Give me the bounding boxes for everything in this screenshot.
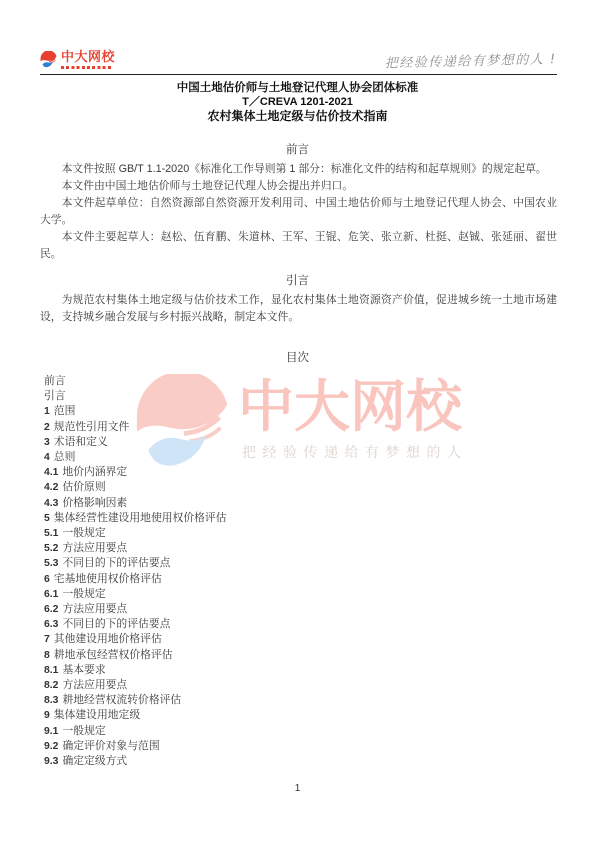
toc-entry-label: 一般规定: [62, 588, 105, 600]
toc-entry-label: 方法应用要点: [62, 542, 127, 554]
toc-entry-label: 估价原则: [62, 481, 105, 493]
toc-entry-number: 4.1: [44, 467, 58, 478]
toc-entry-label: 引言: [44, 390, 66, 402]
toc-entry-number: 5.3: [44, 558, 58, 569]
toc-entry-label: 一般规定: [62, 527, 105, 539]
toc-entry: 6.2方法应用要点: [44, 602, 557, 617]
toc-entry-label: 其他建设用地价格评估: [54, 633, 162, 645]
toc-entry: 7其他建设用地价格评估: [44, 632, 557, 647]
toc-entry: 6宅基地使用权价格评估: [44, 572, 557, 587]
toc-entry-label: 确定评价对象与范围: [62, 740, 159, 752]
toc-entry-number: 4.2: [44, 482, 58, 493]
introduction-heading: 引言: [0, 275, 595, 288]
page-number: 1: [0, 783, 595, 794]
title-block: 中国土地估价师与土地登记代理人协会团体标准 T／CREVA 1201-2021 …: [0, 81, 595, 124]
toc-entry: 5集体经营性建设用地使用权价格评估: [44, 511, 557, 526]
toc-entry-number: 5: [44, 513, 50, 524]
foreword-paragraphs: 本文件按照 GB/T 1.1-2020《标准化工作导则第 1 部分：标准化文件的…: [40, 161, 557, 263]
toc-list: 前言 引言 1范围 2规范性引用文件 3术语和定义: [44, 374, 557, 769]
toc-entry-label: 确定定级方式: [62, 755, 127, 767]
toc-entry: 4总则: [44, 450, 557, 465]
toc-entry-label: 范围: [54, 405, 76, 417]
toc-entry: 8耕地承包经营权价格评估: [44, 648, 557, 663]
toc-entry-number: 6.2: [44, 604, 58, 615]
toc-entry-label: 方法应用要点: [62, 603, 127, 615]
toc-entry-label: 地价内涵界定: [62, 466, 127, 478]
brand-ball-icon: [40, 51, 57, 68]
toc-entry: 前言: [44, 374, 557, 389]
toc-entry-number: 9.1: [44, 726, 58, 737]
toc-entry-number: 4: [44, 452, 50, 463]
toc-entry-number: 1: [44, 406, 50, 417]
toc-entry-label: 耕地承包经营权价格评估: [54, 649, 173, 661]
toc-entry: 8.3耕地经营权流转价格评估: [44, 693, 557, 708]
introduction-paragraphs: 为规范农村集体土地定级与估价技术工作，显化农村集体土地资源资产价值，促进城乡统一…: [40, 292, 557, 326]
brand-slogan-handwriting: 把经验传递给有梦想的人 !: [385, 48, 557, 73]
toc-entry-label: 价格影响因素: [62, 497, 127, 509]
toc-entry-number: 9: [44, 710, 50, 721]
page-header: 中大网校 把经验传递给有梦想的人 !: [40, 0, 557, 75]
toc-entry-label: 集体经营性建设用地使用权价格评估: [54, 512, 227, 524]
toc-entry: 4.3价格影响因素: [44, 496, 557, 511]
toc-entry-label: 一般规定: [62, 725, 105, 737]
toc-entry-label: 基本要求: [62, 664, 105, 676]
foreword-paragraph: 本文件起草单位：自然资源部自然资源开发利用司、中国土地估价师与土地登记代理人协会…: [40, 195, 557, 229]
toc-entry-label: 方法应用要点: [62, 679, 127, 691]
toc-entry-number: 8.2: [44, 680, 58, 691]
toc-entry: 9.3确定定级方式: [44, 754, 557, 769]
brand-tagline-strip: [61, 66, 113, 70]
toc-entry: 引言: [44, 389, 557, 404]
page-content: 中大网校 把经验传递给有梦想的人 ! 中国土地估价师与土地登记代理人协会团体标准…: [0, 0, 595, 769]
toc-entry: 2规范性引用文件: [44, 420, 557, 435]
foreword-paragraph: 本文件由中国土地估价师与土地登记代理人协会提出并归口。: [40, 178, 557, 195]
toc-entry-number: 8: [44, 650, 50, 661]
toc-entry: 8.2方法应用要点: [44, 678, 557, 693]
toc-entry-number: 6: [44, 574, 50, 585]
toc-heading: 目次: [0, 352, 595, 365]
brand-logo-text-column: 中大网校: [61, 50, 115, 69]
toc-entry: 5.2方法应用要点: [44, 541, 557, 556]
toc-entry-number: 6.3: [44, 619, 58, 630]
toc-entry: 1范围: [44, 404, 557, 419]
foreword-paragraph: 本文件主要起草人：赵松、伍育鹏、朱道林、王军、王锟、危笑、张立新、杜挺、赵铖、张…: [40, 229, 557, 263]
toc-entry: 5.1一般规定: [44, 526, 557, 541]
toc-entry: 5.3不同目的下的评估要点: [44, 556, 557, 571]
brand-name: 中大网校: [61, 50, 115, 63]
toc-entry: 4.1地价内涵界定: [44, 465, 557, 480]
toc-entry-number: 7: [44, 634, 50, 645]
toc-entry: 3术语和定义: [44, 435, 557, 450]
toc-entry-label: 集体建设用地定级: [54, 709, 140, 721]
toc-entry-number: 5.2: [44, 543, 58, 554]
toc-entry: 9集体建设用地定级: [44, 708, 557, 723]
toc-entry-label: 不同目的下的评估要点: [62, 557, 170, 569]
toc-entry: 6.3不同目的下的评估要点: [44, 617, 557, 632]
foreword-paragraph: 本文件按照 GB/T 1.1-2020《标准化工作导则第 1 部分：标准化文件的…: [40, 161, 557, 178]
standard-number: T／CREVA 1201-2021: [0, 95, 595, 109]
toc-entry-number: 3: [44, 437, 50, 448]
toc-entry-label: 术语和定义: [54, 436, 108, 448]
toc-entry-label: 总则: [54, 451, 76, 463]
toc-entry: 6.1一般规定: [44, 587, 557, 602]
toc-entry-number: 6.1: [44, 589, 58, 600]
toc-entry: 4.2估价原则: [44, 480, 557, 495]
toc-entry-label: 前言: [44, 375, 66, 387]
toc-entry-number: 5.1: [44, 528, 58, 539]
document-page: 中大网校 把经验传递给有梦想的人 中大网校 把经验传递给有梦想的人 !: [0, 0, 595, 841]
toc-entry: 9.1一般规定: [44, 724, 557, 739]
toc-entry-label: 宅基地使用权价格评估: [54, 573, 162, 585]
toc-entry-number: 2: [44, 422, 50, 433]
document-title: 农村集体土地定级与估价技术指南: [0, 109, 595, 124]
toc-entry: 9.2确定评价对象与范围: [44, 739, 557, 754]
toc-entry-number: 9.3: [44, 756, 58, 767]
toc-entry-number: 8.3: [44, 695, 58, 706]
association-standard-line: 中国土地估价师与土地登记代理人协会团体标准: [0, 81, 595, 95]
toc-entry-label: 耕地经营权流转价格评估: [62, 694, 181, 706]
toc-entry-label: 不同目的下的评估要点: [62, 618, 170, 630]
toc-entry-number: 9.2: [44, 741, 58, 752]
toc-entry: 8.1基本要求: [44, 663, 557, 678]
toc-entry-number: 4.3: [44, 498, 58, 509]
introduction-paragraph: 为规范农村集体土地定级与估价技术工作，显化农村集体土地资源资产价值，促进城乡统一…: [40, 292, 557, 326]
toc-entry-label: 规范性引用文件: [54, 421, 130, 433]
foreword-heading: 前言: [0, 144, 595, 157]
brand-logo: 中大网校: [40, 50, 115, 69]
toc-entry-number: 8.1: [44, 665, 58, 676]
